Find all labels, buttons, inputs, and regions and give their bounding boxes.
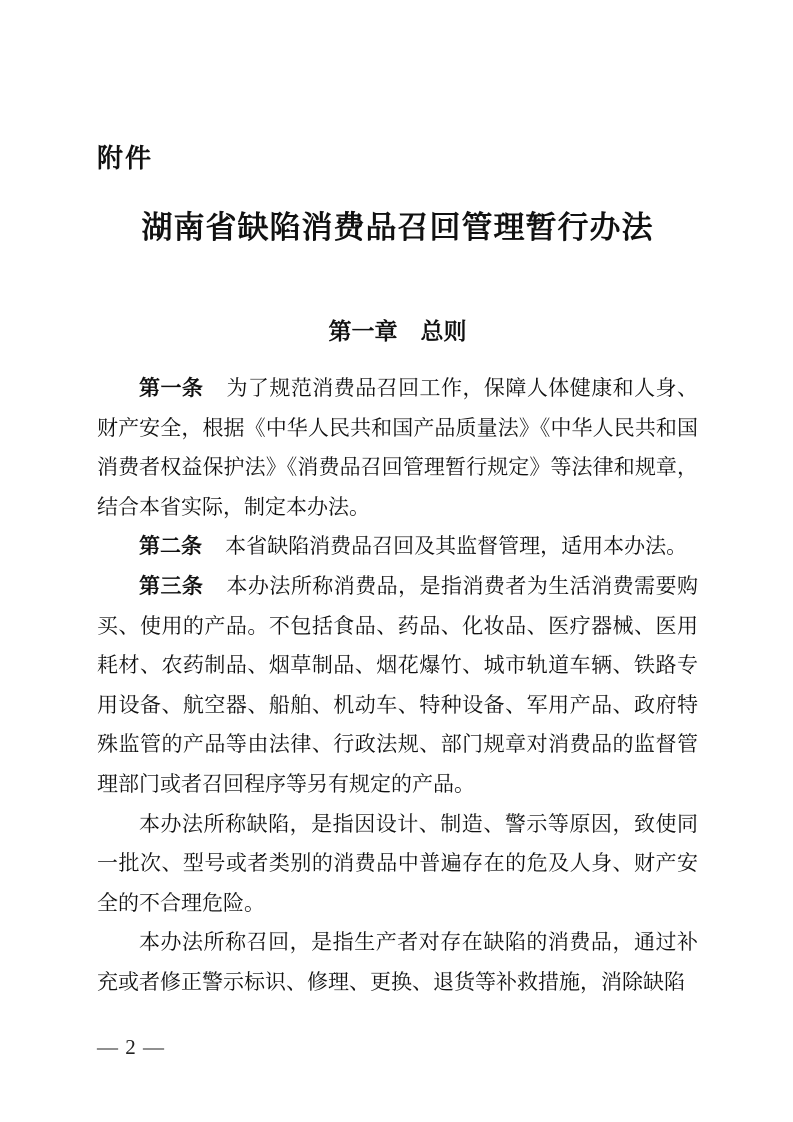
article-text: 本办法所称召回，是指生产者对存在缺陷的消费品，通过补充或者修正警示标识、修理、更… (97, 930, 698, 994)
article-text: 本办法所称消费品，是指消费者为生活消费需要购买、使用的产品。不包括食品、药品、化… (97, 574, 698, 796)
article-paragraph: 本办法所称召回，是指生产者对存在缺陷的消费品，通过补充或者修正警示标识、修理、更… (97, 923, 698, 1002)
attachment-label: 附件 (97, 140, 698, 176)
document-body: 第一条为了规范消费品召回工作，保障人体健康和人身、财产安全，根据《中华人民共和国… (97, 369, 698, 1003)
article-number: 第二条 (139, 535, 202, 558)
article-paragraph: 第三条本办法所称消费品，是指消费者为生活消费需要购买、使用的产品。不包括食品、药… (97, 567, 698, 805)
article-text: 本办法所称缺陷，是指因设计、制造、警示等原因，致使同一批次、型号或者类别的消费品… (97, 812, 698, 915)
document-page: 附件 湖南省缺陷消费品召回管理暂行办法 第一章 总则 第一条为了规范消费品召回工… (0, 0, 793, 1122)
article-paragraph: 第一条为了规范消费品召回工作，保障人体健康和人身、财产安全，根据《中华人民共和国… (97, 369, 698, 527)
page-number: — 2 — (97, 1032, 165, 1062)
article-text: 本省缺陷消费品召回及其监督管理，适用本办法。 (225, 534, 687, 558)
chapter-heading: 第一章 总则 (97, 314, 698, 348)
doc-title: 湖南省缺陷消费品召回管理暂行办法 (97, 206, 698, 250)
article-number: 第一条 (139, 377, 203, 400)
article-number: 第三条 (139, 575, 203, 598)
article-paragraph: 本办法所称缺陷，是指因设计、制造、警示等原因，致使同一批次、型号或者类别的消费品… (97, 805, 698, 924)
article-paragraph: 第二条本省缺陷消费品召回及其监督管理，适用本办法。 (97, 527, 698, 567)
